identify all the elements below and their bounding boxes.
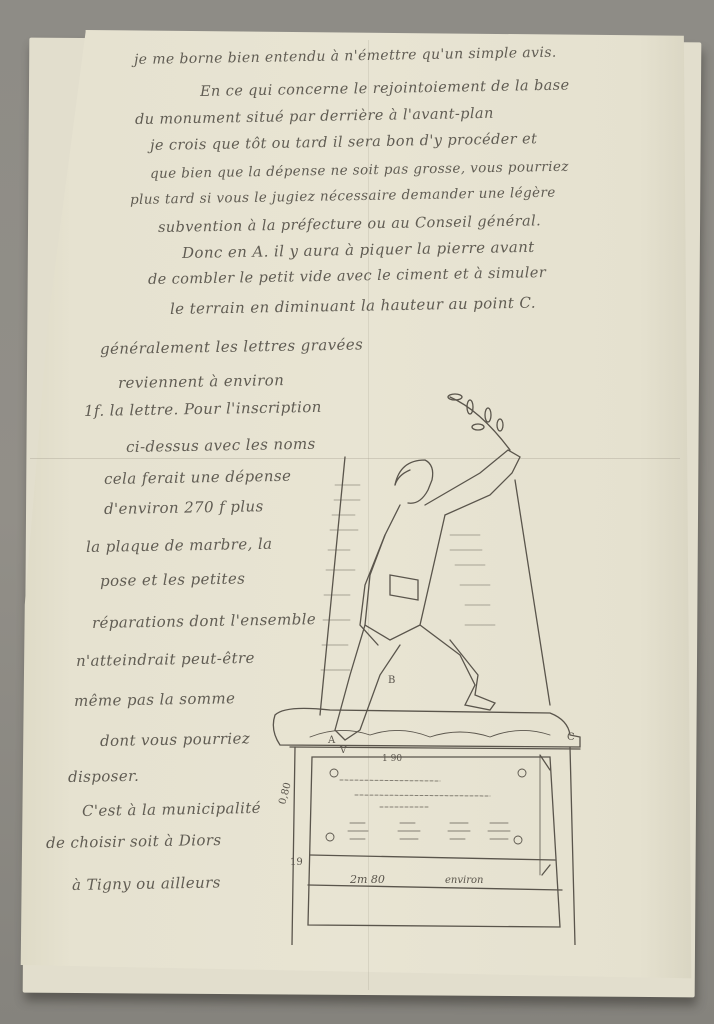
label-b: B xyxy=(388,675,395,686)
monument-sketch: B A C 1 90 V 19 2m 80 environ 0,80 xyxy=(250,385,610,945)
svg-text:1 90: 1 90 xyxy=(382,754,402,764)
text-line: d'environ 270 f plus xyxy=(104,497,264,518)
text-line: disposer. xyxy=(68,767,140,786)
text-line: la plaque de marbre, la xyxy=(86,535,273,556)
text-line: même pas la somme xyxy=(74,689,236,710)
text-line: dont vous pourriez xyxy=(100,729,250,750)
text-line: C'est à la municipalité xyxy=(82,799,261,820)
svg-text:environ: environ xyxy=(445,875,483,886)
text-line: n'atteindrait peut-être xyxy=(76,649,255,670)
text-line: de choisir soit à Diors xyxy=(46,831,222,852)
text-line: à Tigny ou ailleurs xyxy=(72,873,221,894)
text-line: pose et les petites xyxy=(100,569,246,590)
label-c: C xyxy=(567,732,575,743)
svg-text:2m 80: 2m 80 xyxy=(349,873,385,886)
svg-text:V: V xyxy=(339,746,347,756)
svg-text:0,80: 0,80 xyxy=(277,781,293,805)
label-a: A xyxy=(327,735,336,746)
svg-text:19: 19 xyxy=(290,857,303,868)
